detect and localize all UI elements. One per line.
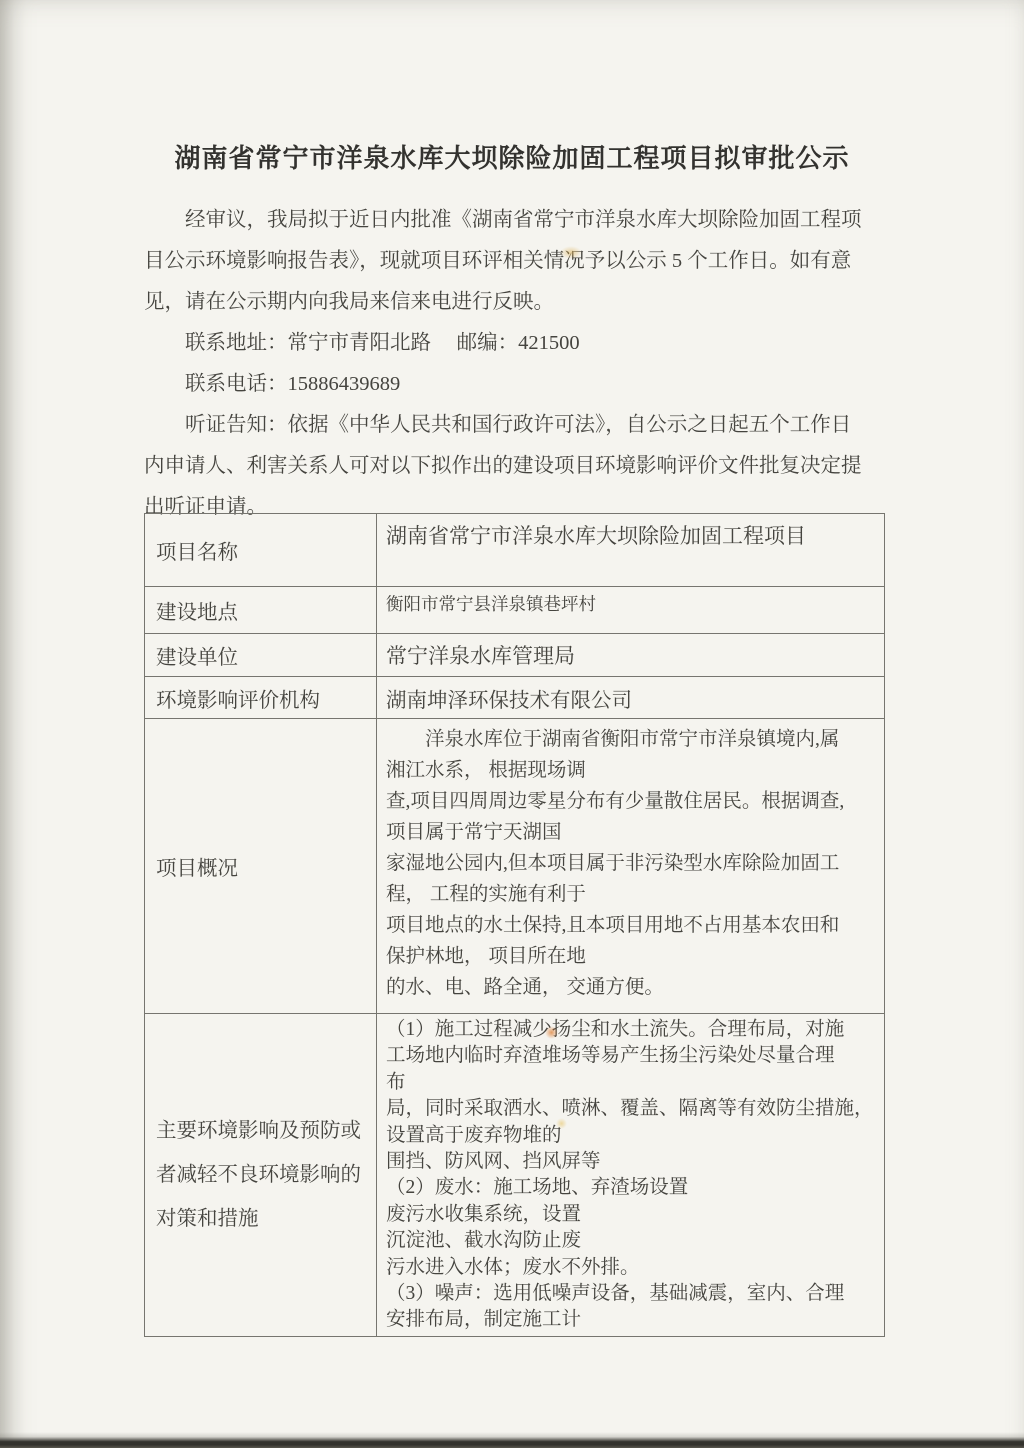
project-info-table: 项目名称 湖南省常宁市洋泉水库大坝除险加固工程项目 建设地点 衡阳市常宁县洋泉镇…: [144, 513, 885, 1337]
hearing-notice-line-1: 听证告知：依据《中华人民共和国行政许可法》，自公示之日起五个工作日: [144, 405, 886, 446]
paper-bottom-edge: [0, 1432, 1024, 1448]
table-row-eia-agency: 环境影响评价机构 湖南坤泽环保技术有限公司: [145, 677, 885, 719]
row-value-environmental-measures: （1）施工过程减少扬尘和水土流失。合理布局，对施 工场地内临时弃渣堆场等易产生扬…: [377, 1014, 885, 1337]
document-title: 湖南省常宁市洋泉水库大坝除险加固工程项目拟审批公示: [0, 138, 1024, 175]
paper-edge-left-shading: [0, 0, 26, 1448]
row-label-construction-unit: 建设单位: [145, 634, 377, 677]
scanned-document-page: 湖南省常宁市洋泉水库大坝除险加固工程项目拟审批公示 经审议，我局拟于近日内批准《…: [0, 0, 1024, 1448]
intro-line-1: 经审议，我局拟于近日内批准《湖南省常宁市洋泉水库大坝除险加固工程项: [144, 200, 886, 241]
table-row-project-name: 项目名称 湖南省常宁市洋泉水库大坝除险加固工程项目: [145, 514, 885, 587]
contact-address-line: 联系地址：常宁市青阳北路 邮编：421500: [144, 323, 886, 364]
hearing-notice-line-2: 内申请人、利害关系人可对以下拟作出的建设项目环境影响评价文件批复决定提: [144, 446, 886, 487]
table-row-construction-site: 建设地点 衡阳市常宁县洋泉镇巷坪村: [145, 587, 885, 634]
table-row-project-overview: 项目概况 洋泉水库位于湖南省衡阳市常宁市洋泉镇境内,属 湘江水系， 根据现场调 …: [145, 719, 885, 1014]
intro-block: 经审议，我局拟于近日内批准《湖南省常宁市洋泉水库大坝除险加固工程项 目公示环境影…: [144, 200, 886, 528]
row-label-project-overview: 项目概况: [145, 719, 377, 1014]
row-label-environmental-measures: 主要环境影响及预防或 者减轻不良环境影响的 对策和措施: [145, 1014, 377, 1337]
row-value-project-overview: 洋泉水库位于湖南省衡阳市常宁市洋泉镇境内,属 湘江水系， 根据现场调 查,项目四…: [377, 719, 885, 1014]
row-value-construction-site: 衡阳市常宁县洋泉镇巷坪村: [377, 587, 885, 634]
intro-line-3: 见，请在公示期内向我局来信来电进行反映。: [144, 282, 886, 323]
intro-line-2: 目公示环境影响报告表》，现就项目环评相关情况予以公示 5 个工作日。如有意: [144, 241, 886, 282]
row-value-construction-unit: 常宁洋泉水库管理局: [377, 634, 885, 677]
table-row-construction-unit: 建设单位 常宁洋泉水库管理局: [145, 634, 885, 677]
row-label-eia-agency: 环境影响评价机构: [145, 677, 377, 719]
row-label-construction-site: 建设地点: [145, 587, 377, 634]
table-row-environmental-measures: 主要环境影响及预防或 者减轻不良环境影响的 对策和措施 （1）施工过程减少扬尘和…: [145, 1014, 885, 1337]
row-value-project-name: 湖南省常宁市洋泉水库大坝除险加固工程项目: [377, 514, 885, 587]
row-label-project-name: 项目名称: [145, 514, 377, 587]
contact-phone-line: 联系电话：15886439689: [144, 364, 886, 405]
row-value-eia-agency: 湖南坤泽环保技术有限公司: [377, 677, 885, 719]
